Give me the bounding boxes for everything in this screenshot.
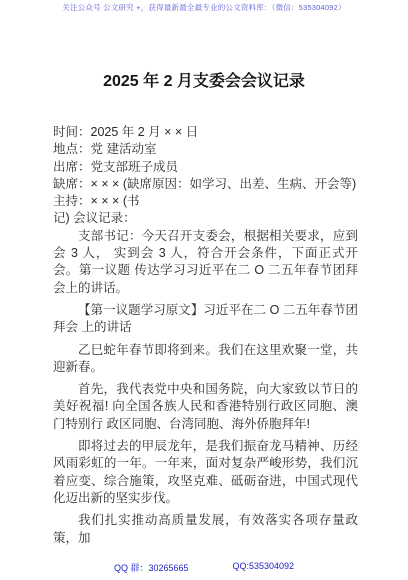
paragraph-development-cutoff: 我们扎实推动高质量发展，有效落实各项存量政策，加	[53, 512, 358, 547]
paragraph-year-review: 即将过去的甲辰龙年，是我们振奋龙马精神、历经风雨彩虹的一年。一年来，面对复杂严峻…	[53, 438, 358, 507]
promo-footer: QQ 群：30265665 QQ:535304092	[0, 561, 408, 574]
document-page: 关注公众号 公文研究 +，获得最新最全最专业的公文资料库：（微信：5353040…	[0, 0, 408, 580]
paragraph-opening: 支部书记：今天召开支委会，根据相关要求，应到会 3 人， 实到会 3 人，符合开…	[53, 228, 358, 297]
qq-group-number: QQ 群：30265665	[114, 561, 189, 574]
meta-line-time: 时间：2025 年 2 月 × × 日	[53, 124, 358, 141]
document-body: 时间：2025 年 2 月 × × 日 地点：党 建活动室 出席：党支部班子成员…	[53, 124, 358, 547]
meta-line-host: 主持：× × × (书	[53, 193, 358, 210]
paragraph-topic-heading: 【第一议题学习原文】习近平在二 O 二五年春节团拜会 上的讲话	[53, 302, 358, 337]
paragraph-speech-intro: 乙巳蛇年春节即将到来。我们在这里欢聚一堂，共迎新春。	[53, 342, 358, 377]
document-title: 2025 年 2 月支委会会议记录	[0, 68, 408, 91]
paragraph-greetings: 首先，我代表党中央和国务院，向大家致以节日的美好祝福! 向全国各族人民和香港特别…	[53, 381, 358, 433]
promo-header-text: 关注公众号 公文研究 +，获得最新最全最专业的公文资料库：（微信：5353040…	[0, 2, 408, 13]
meta-line-attendees: 出席：党支部班子成员	[53, 159, 358, 176]
meeting-meta-block: 时间：2025 年 2 月 × × 日 地点：党 建活动室 出席：党支部班子成员…	[53, 124, 358, 228]
qq-number: QQ:535304092	[232, 561, 294, 574]
meta-line-recorder: 记) 会议记录：	[53, 210, 358, 227]
meta-line-absent: 缺席：× × × (缺席原因：如学习、出差、生病、开会等)	[53, 176, 358, 193]
meta-line-location: 地点：党 建活动室	[53, 141, 358, 158]
